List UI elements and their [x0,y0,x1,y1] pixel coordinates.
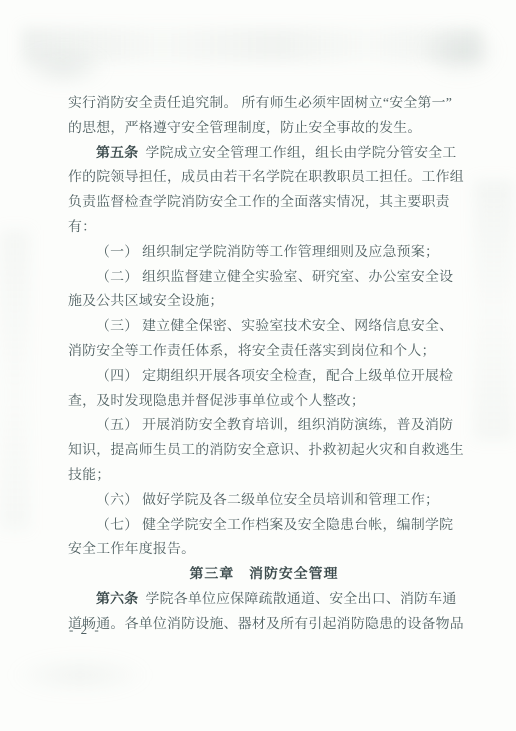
scan-artifact [420,24,500,80]
text-line: （一） 组织制定学院消防等工作管理细则及应急预案； [68,241,460,266]
line-text: 消防安全等工作责任体系，将安全责任落实到岗位和个人； [68,344,436,359]
line-text: 实行消防安全责任追究制。 所有师生必须牢固树立“安全第一” [68,96,452,111]
line-text: （一） 组织制定学院消防等工作管理细则及应急预案； [96,245,439,260]
scan-artifact [22,28,482,62]
text-line: 技能； [68,464,460,489]
line-text: （六） 做好学院及各二级单位安全员培训和管理工作； [96,493,439,508]
text-line: （三） 建立健全保密、实验室技术安全、网络信息安全、 [68,315,460,340]
scan-artifact [10,655,150,695]
text-line: 负责监督检查学院消防安全工作的全面落实情况，其主要职责 [68,191,460,216]
line-text: 学院成立安全管理工作组，组长由学院分管安全工 [145,146,456,161]
line-text: 道畅通。各单位消防设施、器材及所有引起消防隐患的设备物品 [68,617,464,632]
text-line: 第三章 消防安全管理 [68,563,460,588]
line-text: 施及公共区域安全设施； [68,294,224,309]
text-line: 查，及时发现隐患并督促涉事单位或个人整改； [68,390,460,415]
line-text: 作的院领导担任，成员由若干名学院在职教职员工担任。工作组 [68,170,464,185]
text-line: （六） 做好学院及各二级单位安全员培训和管理工作； [68,489,460,514]
line-text: 安全工作年度报告。 [68,542,195,557]
text-line: 第五条学院成立安全管理工作组，组长由学院分管安全工 [68,142,460,167]
text-line: 第六条学院各单位应保障疏散通道、安全出口、消防车通 [68,588,460,613]
line-text: （三） 建立健全保密、实验室技术安全、网络信息安全、 [96,319,453,334]
document-body: 实行消防安全责任追究制。 所有师生必须牢固树立“安全第一” 的思想，严格遵守安全… [68,92,460,638]
text-line: 施及公共区域安全设施； [68,290,460,315]
text-line: 实行消防安全责任追究制。 所有师生必须牢固树立“安全第一” [68,92,460,117]
text-line: 的思想，严格遵守安全管理制度，防止安全事故的发生。 [68,117,460,142]
text-line: （五） 开展消防安全教育培训，组织消防演练，普及消防 [68,414,460,439]
line-text: （二） 组织监督建立健全实验室、研究室、办公室安全设 [96,270,453,285]
line-text: 学院各单位应保障疏散通道、安全出口、消防车通 [145,592,456,607]
text-line: 知识，提高师生员工的消防安全意识、扑救初起火灾和自救逃生 [68,439,460,464]
scan-artifact [474,180,514,440]
text-line: （四） 定期组织开展各项安全检查，配合上级单位开展检 [68,365,460,390]
scan-artifact [0,230,30,530]
text-line: （七） 健全学院安全工作档案及安全隐患台帐，编制学院 [68,514,460,539]
clause-number-lead: 第五条 [96,146,145,161]
text-line: 作的院领导担任，成员由若干名学院在职教职员工担任。工作组 [68,166,460,191]
text-line: 消防安全等工作责任体系，将安全责任落实到岗位和个人； [68,340,460,365]
line-text: 知识，提高师生员工的消防安全意识、扑救初起火灾和自救逃生 [68,443,464,458]
line-text: 技能； [68,468,110,483]
text-line: 道畅通。各单位消防设施、器材及所有引起消防隐患的设备物品 [68,613,460,638]
line-text: （七） 健全学院安全工作档案及安全隐患台帐，编制学院 [96,518,453,533]
clause-number-lead: 第六条 [96,592,145,607]
text-line: 安全工作年度报告。 [68,538,460,563]
text-line: （二） 组织监督建立健全实验室、研究室、办公室安全设 [68,266,460,291]
line-text: 的思想，严格遵守安全管理制度，防止安全事故的发生。 [68,121,422,136]
page-number: - 2 - [69,620,101,640]
line-text: 负责监督检查学院消防安全工作的全面落实情况，其主要职责 [68,195,450,210]
text-line: 有： [68,216,460,241]
line-text: 有： [68,220,96,235]
line-text: （四） 定期组织开展各项安全检查，配合上级单位开展检 [96,369,453,384]
scan-artifact [18,48,108,88]
line-text: （五） 开展消防安全教育培训，组织消防演练，普及消防 [96,418,453,433]
line-text: 第三章 消防安全管理 [190,567,339,582]
scanned-document-page: 实行消防安全责任追究制。 所有师生必须牢固树立“安全第一” 的思想，严格遵守安全… [0,0,516,731]
line-text: 查，及时发现隐患并督促涉事单位或个人整改； [68,394,365,409]
